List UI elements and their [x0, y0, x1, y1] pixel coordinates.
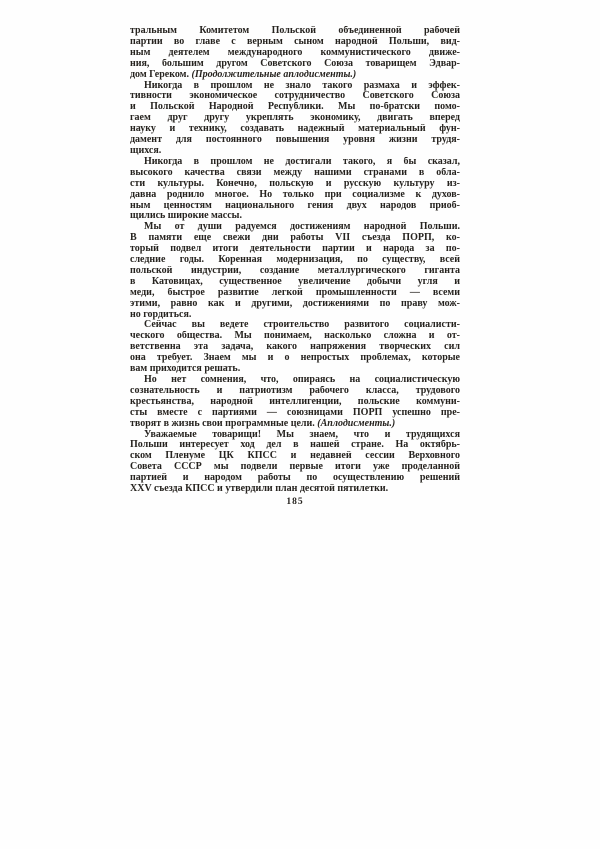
text-segment: ском Пленуме ЦК КПСС и недавней сессии В… [130, 451, 460, 461]
text-line: XXV съезда КПСС и утвердили план десятой… [130, 484, 460, 495]
text-segment: следние годы. Коренная модернизация, по … [130, 255, 460, 265]
text-line: науку и технику, создавать надежный мате… [130, 124, 460, 135]
paragraph: Но нет сомнения, что, опираясь на социал… [130, 375, 460, 430]
text-segment: ным ценностям национального гения двух н… [130, 201, 460, 211]
text-line: ния, большим другом Советского Союза тов… [130, 59, 460, 70]
text-line: Сейчас вы ведете строительство развитого… [130, 320, 460, 331]
italic-stage-direction: (Продолжительные аплодисменты.) [191, 70, 356, 80]
text-segment: польской индустрии, создание металлургич… [130, 266, 460, 276]
text-segment: В памяти еще свежи дни работы VII съезда… [130, 233, 460, 243]
text-segment: Никогда в прошлом не достигали такого, я… [144, 157, 460, 167]
text-segment: вам приходится решать. [130, 364, 240, 374]
text-segment: ния, большим другом Советского Союза тов… [130, 59, 460, 69]
text-line: давна роднило многое. Но только при соци… [130, 190, 460, 201]
text-line: Уважаемые товарищи! Мы знаем, что и труд… [130, 430, 460, 441]
text-segment: крестьянства, народной интеллигенции, по… [130, 397, 460, 407]
text-line: ческого общества. Мы понимаем, насколько… [130, 331, 460, 342]
book-page: тральным Комитетом Польской объединенной… [0, 0, 600, 849]
text-line: меди, быстрое развитие легкой промышленн… [130, 288, 460, 299]
text-line: Никогда в прошлом не достигали такого, я… [130, 157, 460, 168]
text-line: дамент для постоянного повышения уровня … [130, 135, 460, 146]
page-number: 185 [130, 497, 460, 507]
text-segment: Никогда в прошлом не знало такого размах… [144, 81, 460, 91]
text-line: дом Гереком. (Продолжительные аплодисмен… [130, 70, 460, 81]
text-line: ском Пленуме ЦК КПСС и недавней сессии В… [130, 451, 460, 462]
text-line: сти культуры. Конечно, польскую и русску… [130, 179, 460, 190]
text-line: ным деятелем международного коммунистиче… [130, 48, 460, 59]
text-segment: тивности экономическое сотрудничество Со… [130, 91, 460, 101]
text-segment: Совета СССР мы подвели первые итоги уже … [130, 462, 460, 472]
text-line: высокого качества связи между нашими стр… [130, 168, 460, 179]
text-line: Мы от души радуемся достижениям народной… [130, 222, 460, 233]
text-line: партией и народом работы по осуществлени… [130, 473, 460, 484]
text-line: Польши интересует ход дел в нашей стране… [130, 440, 460, 451]
italic-stage-direction: (Аплодисменты.) [317, 419, 395, 429]
text-segment: этими, равно как и другими, достижениями… [130, 299, 460, 309]
paragraph: тральным Комитетом Польской объединенной… [130, 26, 460, 81]
text-segment: Уважаемые товарищи! Мы знаем, что и труд… [144, 430, 460, 440]
text-segment: она требует. Знаем мы и о непростых проб… [130, 353, 460, 363]
text-segment: ным деятелем международного коммунистиче… [130, 48, 460, 58]
text-line: и Польской Народной Республики. Мы по-бр… [130, 102, 460, 113]
page-text: тральным Комитетом Польской объединенной… [130, 26, 460, 495]
text-segment: тральным Комитетом Польской объединенной… [130, 26, 460, 36]
text-segment: творят в жизнь свои программные цели. [130, 419, 317, 429]
text-line: вам приходится решать. [130, 364, 460, 375]
text-line: сознательность и патриотизм рабочего кла… [130, 386, 460, 397]
text-segment: партии во главе с верным сыном народной … [130, 37, 460, 47]
text-line: этими, равно как и другими, достижениями… [130, 299, 460, 310]
text-line: но гордиться. [130, 310, 460, 321]
text-segment: меди, быстрое развитие легкой промышленн… [130, 288, 460, 298]
text-line: гаем друг другу укреплять экономику, дви… [130, 113, 460, 124]
text-line: сты вместе с партиями — союзницами ПОРП … [130, 408, 460, 419]
text-line: тральным Комитетом Польской объединенной… [130, 26, 460, 37]
text-segment: но гордиться. [130, 310, 191, 320]
text-segment: и Польской Народной Республики. Мы по-бр… [130, 102, 460, 112]
text-segment: сты вместе с партиями — союзницами ПОРП … [130, 408, 460, 418]
text-line: В памяти еще свежи дни работы VII съезда… [130, 233, 460, 244]
text-segment: дом Гереком. [130, 70, 191, 80]
text-line: Совета СССР мы подвели первые итоги уже … [130, 462, 460, 473]
text-segment: сознательность и патриотизм рабочего кла… [130, 386, 460, 396]
text-line: польской индустрии, создание металлургич… [130, 266, 460, 277]
text-line: щились широкие массы. [130, 211, 460, 222]
text-segment: Сейчас вы ведете строительство развитого… [144, 320, 460, 330]
paragraph: Никогда в прошлом не достигали такого, я… [130, 157, 460, 222]
text-segment: науку и технику, создавать надежный мате… [130, 124, 460, 134]
text-segment: Но нет сомнения, что, опираясь на социал… [144, 375, 460, 385]
text-line: следние годы. Коренная модернизация, по … [130, 255, 460, 266]
text-segment: давна роднило многое. Но только при соци… [130, 190, 460, 200]
text-segment: ветственна эта задача, какого напряжения… [130, 342, 460, 352]
paragraph: Никогда в прошлом не знало такого размах… [130, 81, 460, 157]
text-line: она требует. Знаем мы и о непростых проб… [130, 353, 460, 364]
text-segment: Мы от души радуемся достижениям народной… [144, 222, 460, 232]
text-segment: дамент для постоянного повышения уровня … [130, 135, 460, 145]
text-segment: торый подвел итоги деятельности партии и… [130, 244, 460, 254]
text-line: в Катовицах, существенное увеличение доб… [130, 277, 460, 288]
text-line: партии во главе с верным сыном народной … [130, 37, 460, 48]
text-segment: ческого общества. Мы понимаем, насколько… [130, 331, 460, 341]
text-segment: сти культуры. Конечно, польскую и русску… [130, 179, 460, 189]
text-line: ветственна эта задача, какого напряжения… [130, 342, 460, 353]
text-segment: партией и народом работы по осуществлени… [130, 473, 460, 483]
text-line: тивности экономическое сотрудничество Со… [130, 91, 460, 102]
text-line: ным ценностям национального гения двух н… [130, 201, 460, 212]
text-line: торый подвел итоги деятельности партии и… [130, 244, 460, 255]
text-line: Но нет сомнения, что, опираясь на социал… [130, 375, 460, 386]
text-segment: высокого качества связи между нашими стр… [130, 168, 460, 178]
text-line: творят в жизнь свои программные цели. (А… [130, 419, 460, 430]
paragraph: Уважаемые товарищи! Мы знаем, что и труд… [130, 430, 460, 495]
paragraph: Сейчас вы ведете строительство развитого… [130, 320, 460, 375]
paragraph: Мы от души радуемся достижениям народной… [130, 222, 460, 320]
text-segment: гаем друг другу укреплять экономику, дви… [130, 113, 460, 123]
text-segment: XXV съезда КПСС и утвердили план десятой… [130, 484, 388, 494]
text-line: крестьянства, народной интеллигенции, по… [130, 397, 460, 408]
text-line: щихся. [130, 146, 460, 157]
text-segment: Польши интересует ход дел в нашей стране… [130, 440, 460, 450]
text-line: Никогда в прошлом не знало такого размах… [130, 81, 460, 92]
text-segment: в Катовицах, существенное увеличение доб… [130, 277, 460, 287]
text-segment: щихся. [130, 146, 161, 156]
text-segment: щились широкие массы. [130, 211, 242, 221]
